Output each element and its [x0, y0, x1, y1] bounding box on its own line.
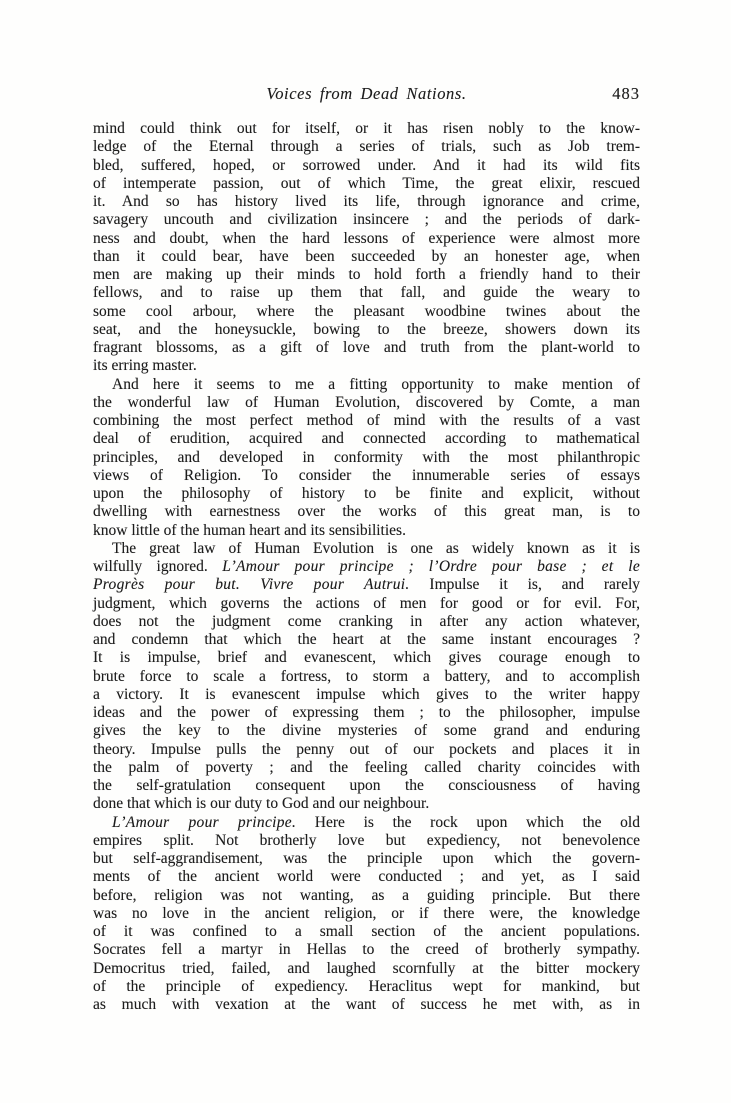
text-line: ledge of the Eternal through a series of… [93, 138, 640, 156]
text-line: the palm of poverty ; and the feeling ca… [93, 759, 640, 777]
text-line: views of Religion. To consider the innum… [93, 467, 640, 485]
text-line: wilfully ignored. L’Amour pour principe … [93, 558, 640, 576]
text-line: the self-gratulation consequent upon the… [93, 777, 640, 795]
text-line: judgment, which governs the actions of m… [93, 595, 640, 613]
text-block: Voices from Dead Nations. 483 mind could… [93, 84, 640, 1014]
text-line: know little of the human heart and its s… [93, 522, 640, 540]
text-line: The great law of Human Evolution is one … [93, 540, 640, 558]
book-page-scan: Voices from Dead Nations. 483 mind could… [0, 0, 731, 1103]
text-line: savagery uncouth and civilization insinc… [93, 211, 640, 229]
text-line: the wonderful law of Human Evolution, di… [93, 394, 640, 412]
text-line: a victory. It is evanescent impulse whic… [93, 686, 640, 704]
text-line: L’Amour pour principe. Here is the rock … [93, 814, 640, 832]
text-line: empires split. Not brotherly love but ex… [93, 832, 640, 850]
text-line: combining the most perfect method of min… [93, 412, 640, 430]
text-line: deal of erudition, acquired and connecte… [93, 430, 640, 448]
text-line: fragrant blossoms, as a gift of love and… [93, 339, 640, 357]
text-line: principles, and developed in conformity … [93, 449, 640, 467]
text-line: Socrates fell a martyr in Hellas to the … [93, 941, 640, 959]
text-line: than it could bear, have been succeeded … [93, 248, 640, 266]
text-line: its erring master. [93, 357, 640, 375]
text-line: Democritus tried, failed, and laughed sc… [93, 960, 640, 978]
text-line: it. And so has history lived its life, t… [93, 193, 640, 211]
text-line: upon the philosophy of history to be fin… [93, 485, 640, 503]
text-line: Progrès pour but. Vivre pour Autrui. Imp… [93, 576, 640, 594]
text-line: seat, and the honeysuckle, bowing to the… [93, 321, 640, 339]
text-line: does not the judgment come cranking in a… [93, 613, 640, 631]
text-line: ments of the ancient world were conducte… [93, 868, 640, 886]
text-line: ness and doubt, when the hard lessons of… [93, 230, 640, 248]
text-line: brute force to scale a fortress, to stor… [93, 668, 640, 686]
page-body: mind could think out for itself, or it h… [93, 120, 640, 1014]
text-line: of intemperate passion, out of which Tim… [93, 175, 640, 193]
text-line: of the principle of expediency. Heraclit… [93, 978, 640, 996]
text-line: some cool arbour, where the pleasant woo… [93, 303, 640, 321]
text-line: And here it seems to me a fitting opport… [93, 376, 640, 394]
text-line: before, religion was not wanting, as a g… [93, 887, 640, 905]
text-line: and condemn that which the heart at the … [93, 631, 640, 649]
text-line: done that which is our duty to God and o… [93, 795, 640, 813]
text-line: ideas and the power of expressing them ;… [93, 704, 640, 722]
text-line: gives the key to the divine mysteries of… [93, 722, 640, 740]
page-number: 483 [612, 84, 640, 104]
text-line: men are making up their minds to hold fo… [93, 266, 640, 284]
text-line: theory. Impulse pulls the penny out of o… [93, 741, 640, 759]
text-line: fellows, and to raise up them that fall,… [93, 284, 640, 302]
text-line: bled, suffered, hoped, or sorrowed under… [93, 157, 640, 175]
page-title: Voices from Dead Nations. [93, 84, 640, 104]
text-line: but self-aggrandisement, was the princip… [93, 850, 640, 868]
running-head: Voices from Dead Nations. 483 [93, 84, 640, 104]
text-line: of it was confined to a small section of… [93, 923, 640, 941]
text-line: was no love in the ancient religion, or … [93, 905, 640, 923]
text-line: dwelling with earnestness over the works… [93, 503, 640, 521]
text-line: as much with vexation at the want of suc… [93, 996, 640, 1014]
text-line: It is impulse, brief and evanescent, whi… [93, 649, 640, 667]
text-line: mind could think out for itself, or it h… [93, 120, 640, 138]
